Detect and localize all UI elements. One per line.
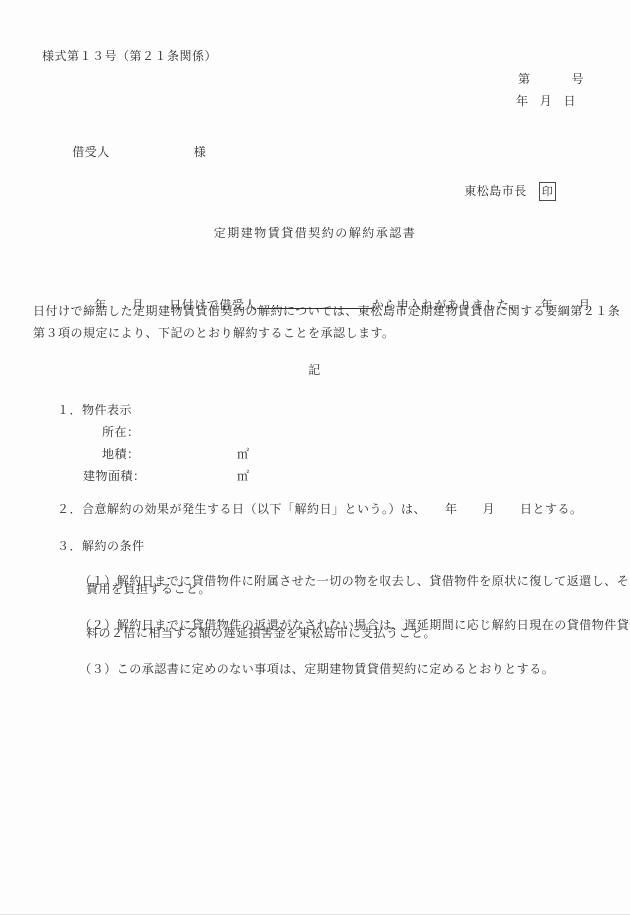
issuer-name: 東松島市長: [464, 184, 527, 198]
form-number-label: 様式第１３号（第２１条関係）: [42, 49, 217, 63]
document-number-prefix: 第: [518, 72, 531, 86]
document-title: 定期建物賃貸借契約の解約承認書: [0, 226, 630, 240]
addressee-label: 借受人: [72, 145, 110, 159]
document-date-line: 年 月 日: [516, 94, 576, 108]
date-year-label: 年: [516, 94, 529, 108]
addressee-line: 借受人様: [55, 131, 206, 173]
body-line-2: 日付けで締結した定期建物賃貸借契約の解約については、東松島市定期建物賃貸借に関す…: [33, 304, 620, 318]
section3-heading: ３．解約の条件: [57, 539, 145, 553]
land-area-label: 地積：: [102, 447, 140, 461]
date-month-label: 月: [540, 94, 553, 108]
condition-item-3-number: （３）: [79, 662, 117, 676]
seal-placeholder-box: 印: [539, 182, 556, 201]
building-area-unit: ㎡: [237, 469, 250, 483]
body-line-3: 第３項の規定により、下記のとおり解約することを承認します。: [33, 326, 395, 340]
section2-text: ２．合意解約の効果が発生する日（以下「解約日」という。）は、 年 月 日とする。: [57, 502, 583, 516]
condition-item-2-line-2: 料の２倍に相当する額の遅延損害金を東松島市に支払うこと。: [86, 626, 436, 640]
condition-item-1-line-2: 費用を負担すること。: [86, 582, 211, 596]
property-location-label: 所在：: [102, 425, 140, 439]
land-area-unit: ㎡: [237, 447, 250, 461]
condition-item-3-text: この承認書に定めのない事項は、定期建物賃貸借契約に定めるとおりとする。: [117, 662, 555, 676]
record-marker: 記: [0, 363, 630, 377]
addressee-honorific: 様: [194, 145, 207, 159]
document-number-suffix: 号: [571, 72, 584, 86]
document-number-line: 第 号: [518, 72, 584, 86]
issuer-line: 東松島市長印: [447, 168, 556, 215]
document-page: 様式第１３号（第２１条関係） 第 号 年 月 日 借受人様 東松島市長印 定期建…: [0, 0, 630, 915]
date-day-label: 日: [563, 94, 576, 108]
section1-heading: １．物件表示: [57, 403, 132, 417]
condition-item-3-line-1: （３）この承認書に定めのない事項は、定期建物賃貸借契約に定めるとおりとする。: [62, 648, 554, 690]
building-area-label: 建物面積：: [83, 469, 146, 483]
